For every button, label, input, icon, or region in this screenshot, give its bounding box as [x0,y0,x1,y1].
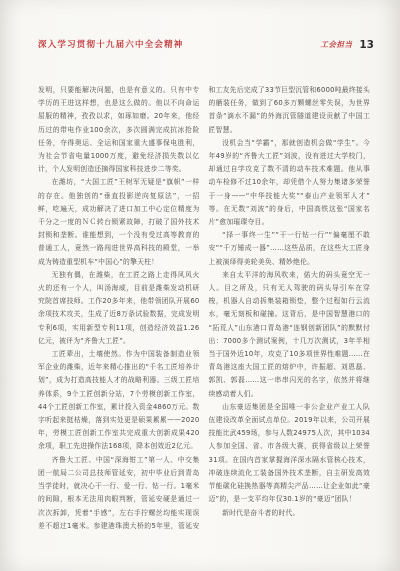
section-title: 深入学习贯彻十九届六中全会精神 [38,38,184,50]
article-paragraph: 发明，只要能解决问题，也是有意义的。只有中专学历的王进这样想，也是这么做的。他以… [38,84,200,176]
article-paragraph: 无独有偶，在潍柴，在工匠之路上走得风风火火的还有一个人，叫汤海威，目前是潍柴发动… [38,269,200,348]
article-paragraph: 山东豪迈集团是全国唯一非公企业产业工人队伍建设改革全面试点单位。2019年以来，… [209,401,371,507]
page-header: 深入学习贯彻十九届六中全会精神 工会担当 13 [38,38,374,50]
magazine-page: 深入学习贯彻十九届六中全会精神 工会担当 13 发明，只要能解决问题，也是有意义… [0,0,400,571]
article-body: 发明，只要能解决问题，也是有意义的。只有中专学历的王进这样想，也是这么做的。他以… [38,84,370,536]
page-number: 13 [359,40,374,51]
article-paragraph: 来自太平洋的海风吹来，偌大的码头竟空无一人。目之所及，只有无人驾驶的码头导引车在… [209,269,371,401]
column-label: 工会担当 [320,39,352,50]
header-right: 工会担当 13 [320,39,374,50]
article-paragraph: 新时代是奋斗者的时代。 [209,507,371,520]
article-paragraph: 在潍坊，“大国工匠”王树军无疑是“旗帜”一样的存在。他独创的“垂直投影逆向复原法… [38,176,200,268]
article-paragraph: 工匠辈出，土壤使然。作为中国装备制造业领军企业的潍柴，近年来精心推出的“千名工匠… [38,348,200,454]
article-paragraph: “择一事终一生”“干一行钻一行”“偏毫厘不敢安”“千万锤成一器”……这些品质，在… [209,229,371,269]
article-paragraph: 没机会当“学霸”，那就创造机会做“学生”。今年49岁的“齐鲁大工匠”刘波，没有进… [209,137,371,229]
